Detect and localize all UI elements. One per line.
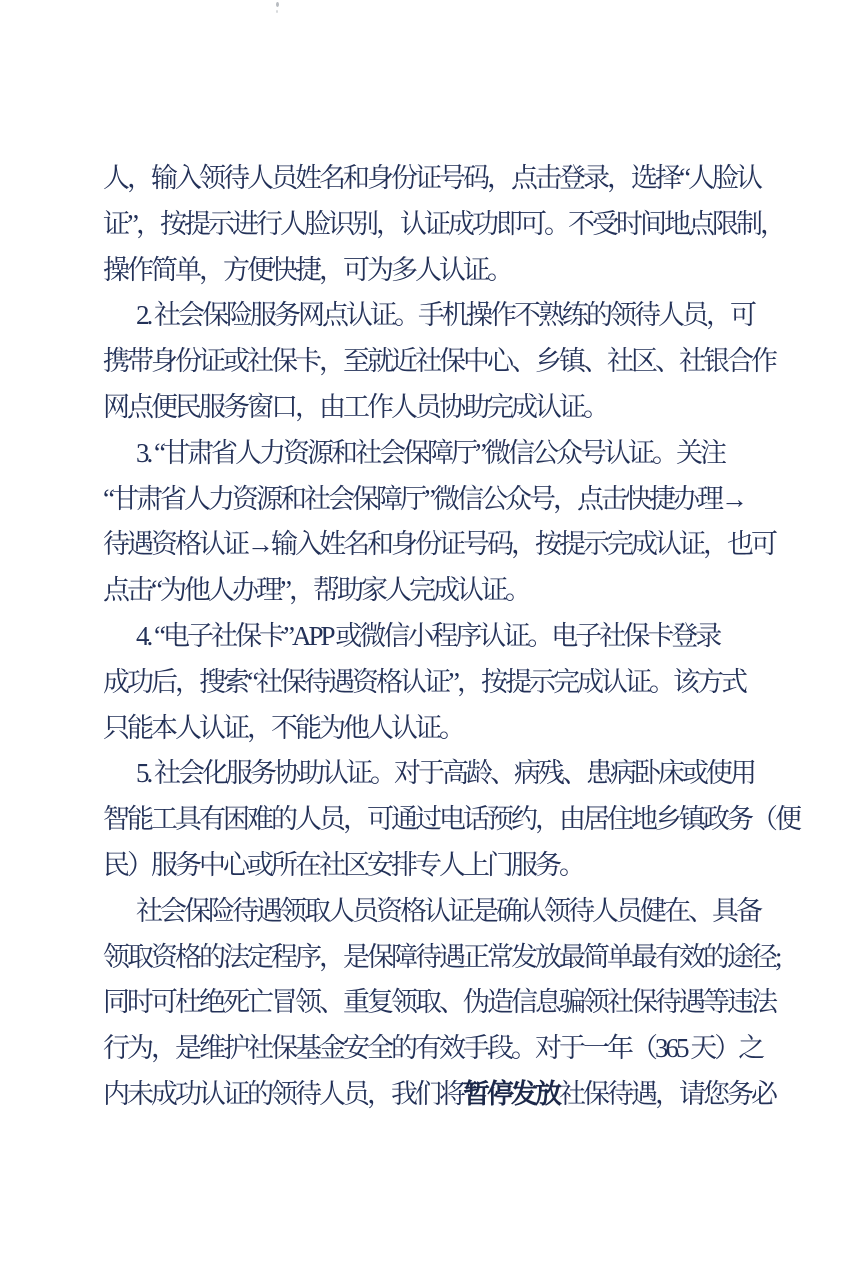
text-line: 成功后，搜索“社保待遇资格认证”，按提示完成认证。该方式 bbox=[103, 660, 763, 706]
text-segment: 同时可杜绝死亡冒领、重复领取、伪造信息骗领社保待遇等违法 bbox=[103, 987, 775, 1017]
text-line: 点击“为他人办理”，帮助家人完成认证。 bbox=[103, 568, 763, 614]
text-line: 人，输入领待人员姓名和身份证号码，点击登录，选择“人脸认 bbox=[103, 156, 763, 202]
text-line: 3. “甘肃省人力资源和社会保障厅”微信公众号认证。关注 bbox=[103, 431, 763, 477]
text-line: 行为，是维护社保基金安全的有效手段。对于一年（365 天）之 bbox=[103, 1026, 763, 1072]
text-line: 2. 社会保险服务网点认证。手机操作不熟练的领待人员，可 bbox=[103, 293, 763, 339]
scan-speck bbox=[276, 2, 279, 7]
text-line: 网点便民服务窗口，由工作人员协助完成认证。 bbox=[103, 385, 763, 431]
text-line: “甘肃省人力资源和社会保障厅”微信公众号，点击快捷办理→ bbox=[103, 477, 763, 523]
text-segment: 社保待遇，请您务必 bbox=[559, 1079, 775, 1109]
text-line: 民）服务中心或所在社区安排专人上门服务。 bbox=[103, 843, 763, 889]
document-page: 人，输入领待人员姓名和身份证号码，点击登录，选择“人脸认证”，按提示进行人脸识别… bbox=[0, 0, 841, 1279]
text-segment: 人，输入领待人员姓名和身份证号码，点击登录，选择“人脸认 bbox=[103, 163, 760, 193]
text-segment: 证”，按提示进行人脸识别，认证成功即可。不受时间地点限制， bbox=[103, 209, 784, 239]
text-segment: 2. 社会保险服务网点认证。手机操作不熟练的领待人员，可 bbox=[136, 300, 754, 330]
text-line: 操作简单，方便快捷，可为多人认证。 bbox=[103, 248, 763, 294]
text-segment: 智能工具有困难的人员，可通过电话预约，由居住地乡镇政务（便 bbox=[103, 804, 799, 834]
text-segment: 行为，是维护社保基金安全的有效手段。对于一年（365 天）之 bbox=[103, 1033, 762, 1063]
text-line: 待遇资格认证→输入姓名和身份证号码，按提示完成认证，也可 bbox=[103, 522, 763, 568]
text-line: 领取资格的法定程序，是保障待遇正常发放最简单最有效的途径; bbox=[103, 935, 763, 981]
text-line: 5. 社会化服务协助认证。对于高龄、病残、患病卧床或使用 bbox=[103, 751, 763, 797]
text-segment: “甘肃省人力资源和社会保障厅”微信公众号，点击快捷办理→ bbox=[103, 484, 745, 514]
text-segment: 4. “电子社保卡”APP 或微信小程序认证。电子社保卡登录 bbox=[136, 621, 719, 651]
text-line: 社会保险待遇领取人员资格认证是确认领待人员健在、具备 bbox=[103, 889, 763, 935]
text-segment: 3. “甘肃省人力资源和社会保障厅”微信公众号认证。关注 bbox=[136, 438, 724, 468]
text-line: 4. “电子社保卡”APP 或微信小程序认证。电子社保卡登录 bbox=[103, 614, 763, 660]
text-line: 智能工具有困难的人员，可通过电话预约，由居住地乡镇政务（便 bbox=[103, 797, 763, 843]
scan-speck bbox=[276, 10, 278, 13]
document-body-text: 人，输入领待人员姓名和身份证号码，点击登录，选择“人脸认证”，按提示进行人脸识别… bbox=[103, 156, 763, 1118]
text-line: 证”，按提示进行人脸识别，认证成功即可。不受时间地点限制， bbox=[103, 202, 763, 248]
text-segment: 待遇资格认证→输入姓名和身份证号码，按提示完成认证，也可 bbox=[103, 529, 775, 559]
text-segment: 网点便民服务窗口，由工作人员协助完成认证。 bbox=[103, 392, 607, 422]
text-segment-bold: 暂停发放 bbox=[463, 1079, 559, 1109]
text-line: 内未成功认证的领待人员，我们将暂停发放社保待遇，请您务必 bbox=[103, 1072, 763, 1118]
text-segment: 民）服务中心或所在社区安排专人上门服务。 bbox=[103, 850, 583, 880]
text-segment: 成功后，搜索“社保待遇资格认证”，按提示完成认证。该方式 bbox=[103, 667, 745, 697]
text-segment: 社会保险待遇领取人员资格认证是确认领待人员健在、具备 bbox=[136, 896, 760, 926]
text-line: 同时可杜绝死亡冒领、重复领取、伪造信息骗领社保待遇等违法 bbox=[103, 980, 763, 1026]
text-segment: 只能本人认证，不能为他人认证。 bbox=[103, 713, 463, 743]
text-segment: 5. 社会化服务协助认证。对于高龄、病残、患病卧床或使用 bbox=[136, 758, 754, 788]
text-segment: 携带身份证或社保卡，至就近社保中心、乡镇、社区、社银合作 bbox=[103, 346, 775, 376]
text-segment: 点击“为他人办理”，帮助家人完成认证。 bbox=[103, 575, 529, 605]
text-segment: 操作简单，方便快捷，可为多人认证。 bbox=[103, 255, 511, 285]
text-segment: 内未成功认证的领待人员，我们将 bbox=[103, 1079, 463, 1109]
text-line: 只能本人认证，不能为他人认证。 bbox=[103, 706, 763, 752]
text-line: 携带身份证或社保卡，至就近社保中心、乡镇、社区、社银合作 bbox=[103, 339, 763, 385]
text-segment: 领取资格的法定程序，是保障待遇正常发放最简单最有效的途径; bbox=[103, 942, 780, 972]
